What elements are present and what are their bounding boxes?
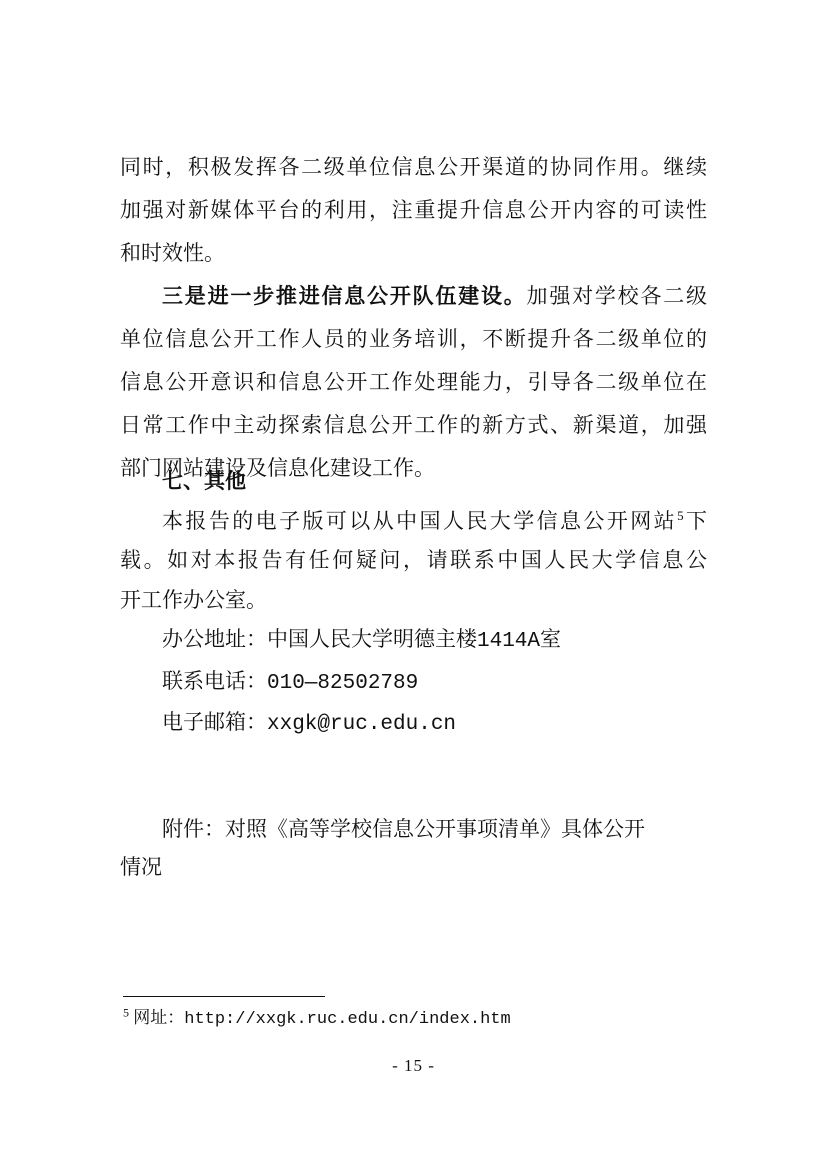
- contact-line-address: 办公地址：中国人民大学明德主楼1414A室: [120, 620, 707, 662]
- contact-line-email: 电子邮箱：xxgk@ruc.edu.cn: [120, 703, 707, 745]
- document-page: 同时，积极发挥各二级单位信息公开渠道的协同作用。继续 加强对新媒体平台的利用，注…: [0, 0, 827, 1170]
- contact-label: 电子邮箱：: [162, 710, 267, 734]
- contact-label: 联系电话：: [162, 669, 267, 693]
- body-line: 和时效性。: [120, 232, 707, 275]
- contact-line-phone: 联系电话：010—82502789: [120, 662, 707, 704]
- section-heading: 七、其他: [120, 462, 707, 502]
- footnote-separator-rule: [123, 996, 325, 997]
- body-line: 日常工作中主动探索信息公开工作的新方式、新渠道，加强: [120, 404, 707, 447]
- footnote-label: 网址：: [133, 1008, 184, 1027]
- body-text-block-2: 七、其他 本报告的电子版可以从中国人民大学信息公开网站5下 载。如对本报告有任何…: [120, 462, 707, 745]
- body-text-block-1: 同时，积极发挥各二级单位信息公开渠道的协同作用。继续 加强对新媒体平台的利用，注…: [120, 146, 707, 490]
- attachment-line: 情况: [120, 848, 707, 886]
- body-line-with-bold-lead: 三是进一步推进信息公开队伍建设。加强对学校各二级: [120, 275, 707, 318]
- bold-lead-text: 三是进一步推进信息公开队伍建设。: [162, 284, 527, 308]
- body-line: 加强对新媒体平台的利用，注重提升信息公开内容的可读性: [120, 189, 707, 232]
- body-text: 加强对学校各二级: [527, 284, 707, 308]
- footnote-url: http://xxgk.ruc.edu.cn/index.htm: [184, 1010, 510, 1029]
- body-line: 载。如对本报告有任何疑问，请联系中国人民大学信息公: [120, 541, 707, 581]
- contact-value-email: xxgk@ruc.edu.cn: [267, 713, 456, 736]
- footnote: 5 网址：http://xxgk.ruc.edu.cn/index.htm: [123, 1004, 707, 1033]
- contact-value-address: 中国人民大学明德主楼1414A室: [267, 630, 561, 653]
- body-text: 下: [684, 509, 707, 533]
- body-line: 单位信息公开工作人员的业务培训，不断提升各二级单位的: [120, 318, 707, 361]
- body-line: 信息公开意识和信息公开工作处理能力，引导各二级单位在: [120, 361, 707, 404]
- body-line: 开工作办公室。: [120, 581, 707, 621]
- body-line-with-footnote-ref: 本报告的电子版可以从中国人民大学信息公开网站5下: [120, 502, 707, 542]
- attachment-note-block: 附件：对照《高等学校信息公开事项清单》具体公开 情况: [120, 810, 707, 886]
- body-line: 同时，积极发挥各二级单位信息公开渠道的协同作用。继续: [120, 146, 707, 189]
- contact-label: 办公地址：: [162, 627, 267, 651]
- contact-value-phone: 010—82502789: [267, 672, 418, 695]
- page-number: - 15 -: [0, 1056, 827, 1076]
- body-text: 本报告的电子版可以从中国人民大学信息公开网站: [162, 509, 677, 533]
- attachment-line: 附件：对照《高等学校信息公开事项清单》具体公开: [120, 810, 707, 848]
- footnote-marker: 5: [123, 1005, 129, 1019]
